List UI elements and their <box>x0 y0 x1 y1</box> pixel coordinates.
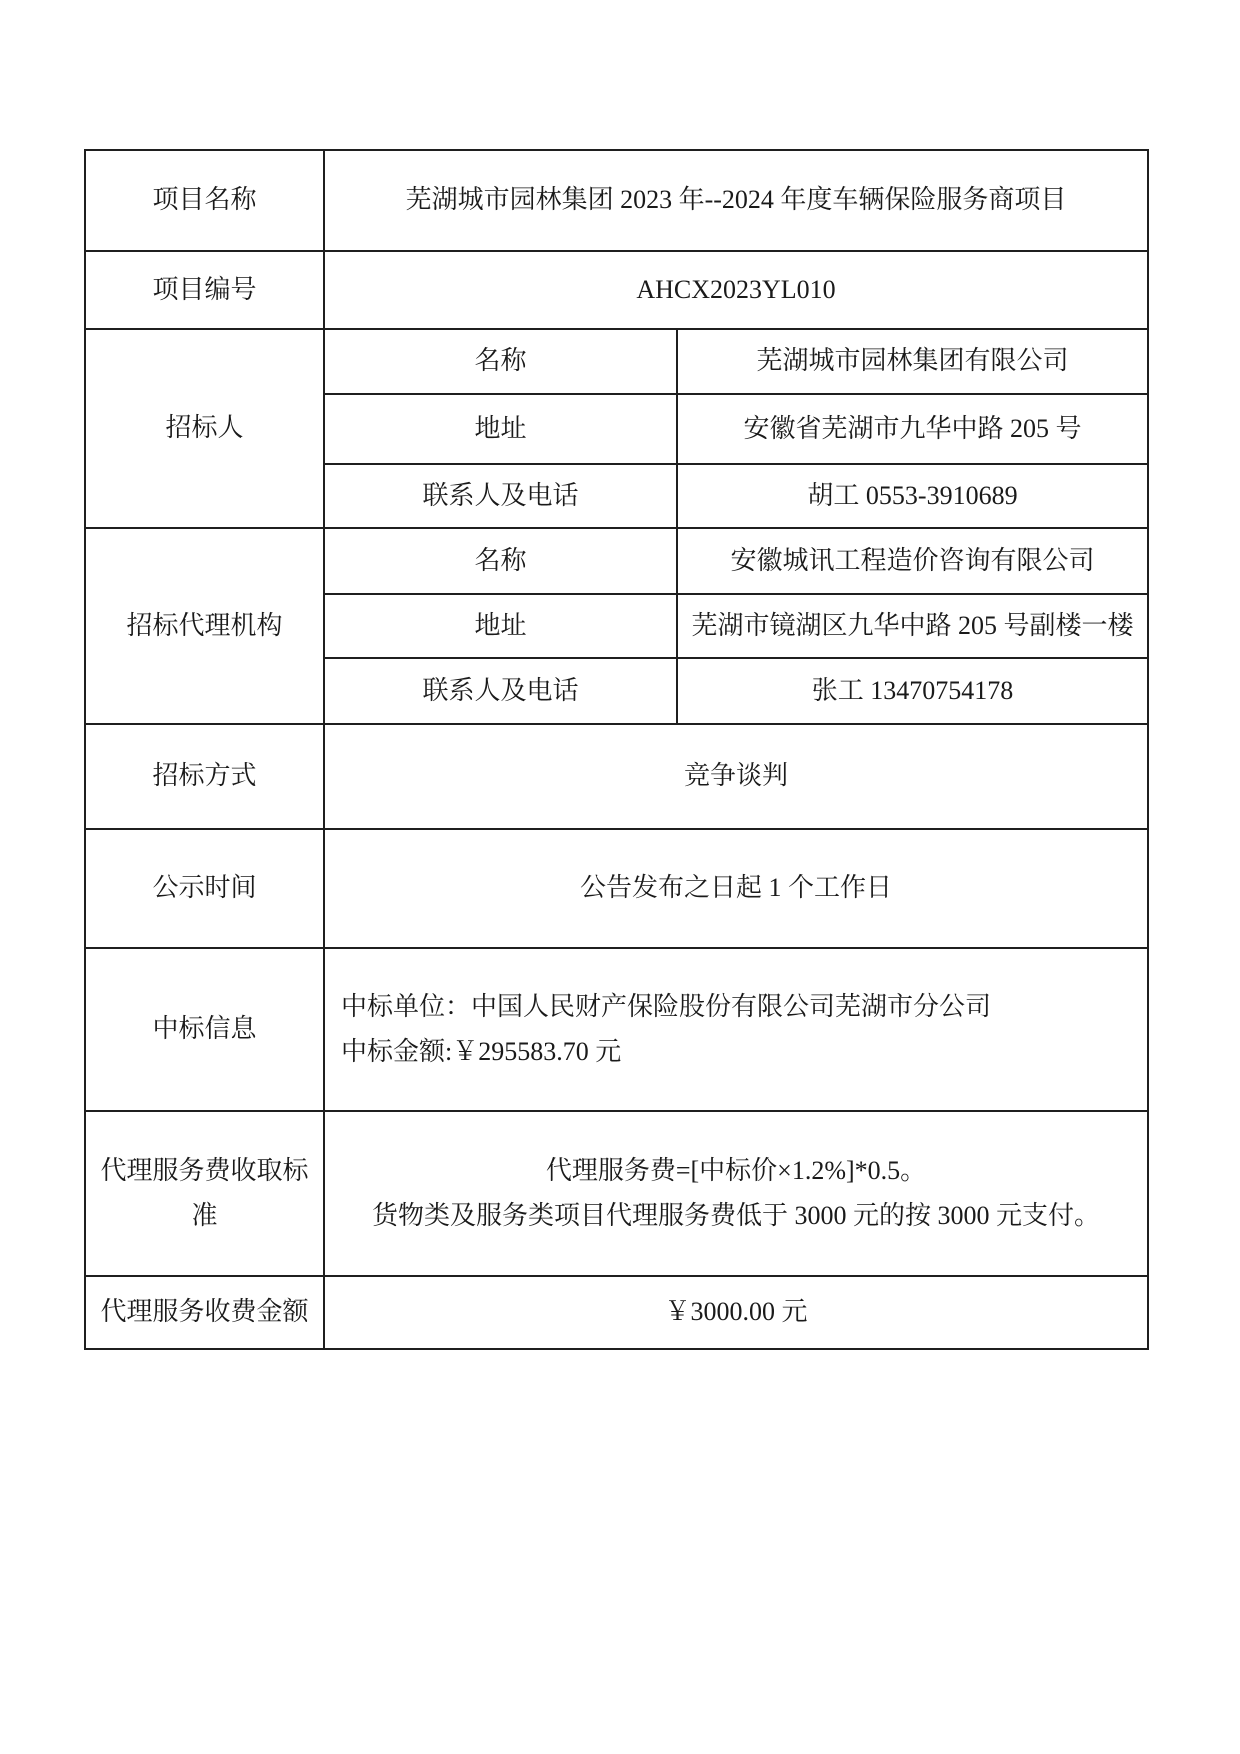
agency-name-value: 安徽城讯工程造价咨询有限公司 <box>677 528 1148 594</box>
agency-fee-standard-row: 代理服务费收取标准 代理服务费=[中标价×1.2%]*0.5。 货物类及服务类项… <box>85 1111 1148 1276</box>
tenderer-name-value: 芜湖城市园林集团有限公司 <box>677 329 1148 394</box>
tender-method-value: 竞争谈判 <box>324 724 1148 829</box>
agency-fee-amount-row: 代理服务收费金额 ￥3000.00 元 <box>85 1276 1148 1349</box>
project-number-row: 项目编号 AHCX2023YL010 <box>85 251 1148 329</box>
tender-result-table: 项目名称 芜湖城市园林集团 2023 年--2024 年度车辆保险服务商项目 项… <box>84 149 1149 1350</box>
publicity-period-row: 公示时间 公告发布之日起 1 个工作日 <box>85 829 1148 948</box>
agency-fee-minimum-line: 货物类及服务类项目代理服务费低于 3000 元的按 3000 元支付。 <box>337 1194 1135 1238</box>
tenderer-address-label: 地址 <box>324 394 677 464</box>
award-info-row: 中标信息 中标单位：中国人民财产保险股份有限公司芜湖市分公司 中标金额:￥295… <box>85 948 1148 1111</box>
agency-fee-amount-value: ￥3000.00 元 <box>324 1276 1148 1349</box>
tenderer-contact-label: 联系人及电话 <box>324 464 677 528</box>
project-number-value: AHCX2023YL010 <box>324 251 1148 329</box>
publicity-period-label: 公示时间 <box>85 829 324 948</box>
award-info-value: 中标单位：中国人民财产保险股份有限公司芜湖市分公司 中标金额:￥295583.7… <box>324 948 1148 1111</box>
tender-method-row: 招标方式 竞争谈判 <box>85 724 1148 829</box>
tender-method-label: 招标方式 <box>85 724 324 829</box>
tenderer-name-label: 名称 <box>324 329 677 394</box>
tenderer-contact-value: 胡工 0553-3910689 <box>677 464 1148 528</box>
project-number-label: 项目编号 <box>85 251 324 329</box>
project-name-value: 芜湖城市园林集团 2023 年--2024 年度车辆保险服务商项目 <box>324 150 1148 251</box>
agency-name-label: 名称 <box>324 528 677 594</box>
agency-address-value: 芜湖市镜湖区九华中路 205 号副楼一楼 <box>677 594 1148 658</box>
agency-fee-formula-line: 代理服务费=[中标价×1.2%]*0.5。 <box>337 1149 1135 1193</box>
agency-fee-standard-label: 代理服务费收取标准 <box>85 1111 324 1276</box>
agency-fee-amount-label: 代理服务收费金额 <box>85 1276 324 1349</box>
tenderer-section-label: 招标人 <box>85 329 324 528</box>
project-name-row: 项目名称 芜湖城市园林集团 2023 年--2024 年度车辆保险服务商项目 <box>85 150 1148 251</box>
tenderer-address-value: 安徽省芜湖市九华中路 205 号 <box>677 394 1148 464</box>
project-name-label: 项目名称 <box>85 150 324 251</box>
agency-contact-value: 张工 13470754178 <box>677 658 1148 724</box>
agency-name-row: 招标代理机构 名称 安徽城讯工程造价咨询有限公司 <box>85 528 1148 594</box>
tenderer-name-row: 招标人 名称 芜湖城市园林集团有限公司 <box>85 329 1148 394</box>
agency-contact-label: 联系人及电话 <box>324 658 677 724</box>
award-amount-line: 中标金额:￥295583.70 元 <box>341 1030 1131 1074</box>
document-page: 项目名称 芜湖城市园林集团 2023 年--2024 年度车辆保险服务商项目 项… <box>0 0 1240 1754</box>
agency-fee-standard-value: 代理服务费=[中标价×1.2%]*0.5。 货物类及服务类项目代理服务费低于 3… <box>324 1111 1148 1276</box>
award-info-label: 中标信息 <box>85 948 324 1111</box>
agency-address-label: 地址 <box>324 594 677 658</box>
award-winner-line: 中标单位：中国人民财产保险股份有限公司芜湖市分公司 <box>341 985 1131 1029</box>
publicity-period-value: 公告发布之日起 1 个工作日 <box>324 829 1148 948</box>
agency-section-label: 招标代理机构 <box>85 528 324 724</box>
